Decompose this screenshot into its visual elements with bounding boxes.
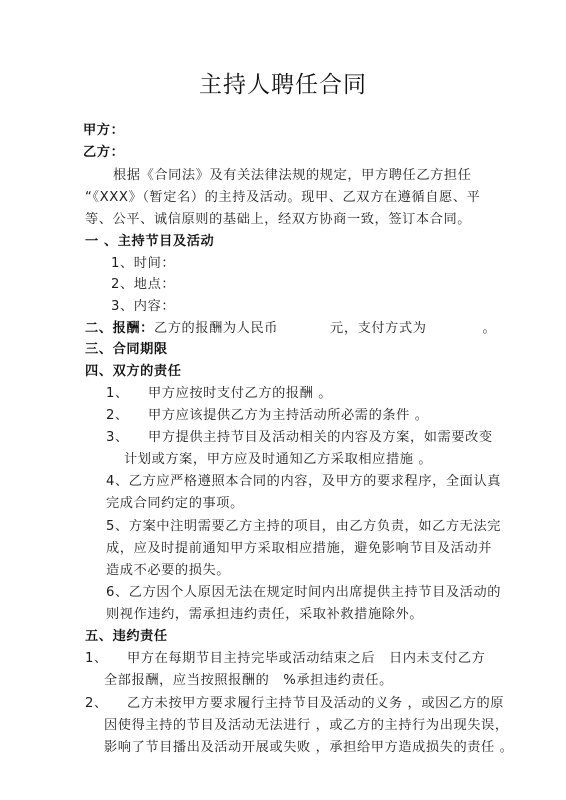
section-2-text-c: 。 [483,321,497,336]
preamble-line-2: “《XXX》（暂定名）的主持及活动。现甲、乙双方在遵循自愿、平 [85,189,480,207]
item-number: 2、 [85,695,127,713]
section-4-item-1: 1、甲方应按时支付乙方的报酬 。 [106,385,332,403]
item-text: 甲方提供主持节目及活动相关的内容及方案，如需要改变 [148,430,493,445]
section-2-text-b: 元，支付方式为 [330,321,427,336]
section-4-para-5-line-2: 成，应及时提前通知甲方采取相应措施，避免影响节目及活动并 [106,540,492,558]
section-4-para-6-line-1: 6、乙方因个人原因无法在规定时间内出席提供主持节目及活动的 [106,584,501,602]
section-1-item-content: 3、内容： [111,298,175,316]
section-4-para-6-line-2: 则视作违约，需承担违约责任，采取补救措施除外。 [106,606,423,624]
section-5-heading: 五、违约责任 [85,628,168,646]
preamble-line-1: 根据《合同法》及有关法律法规的规定，甲方聘任乙方担任 [113,167,471,185]
section-1-item-time: 1、时间： [111,255,175,273]
item-number: 3、 [106,429,148,447]
item-text: 乙方未按甲方要求履行主持节目及活动的义务 ，或因乙方的原 [127,696,504,711]
party-a-label: 甲方： [83,122,124,140]
item-number: 1、 [85,650,127,668]
item-text: 甲方应该提供乙方为主持活动所必需的条件 。 [148,408,429,423]
item-text: 甲方在每期节目主持完毕或活动结束之后 日内未支付乙方 [127,651,485,666]
section-4-para-5-line-3: 造成不必要的损失。 [106,562,230,580]
document-title: 主持人聘任合同 [0,66,566,99]
section-4-para-5-line-1: 5、方案中注明需要乙方主持的项目，由乙方负责，如乙方无法完 [106,518,501,536]
section-4-item-3-cont: 计划或方案，甲方应及时通知乙方采取相应措施 。 [124,451,432,469]
section-5-item-2-cont-1: 因使得主持的节目及活动无法进行 ，或乙方的主持行为出现失误， [104,717,509,735]
section-4-heading: 四、双方的责任 [85,363,182,381]
item-number: 1、 [106,385,148,403]
section-3-heading: 三、合同期限 [85,341,168,359]
contract-page: 主持人聘任合同 甲方： 乙方： 根据《合同法》及有关法律法规的规定，甲方聘任乙方… [0,0,566,800]
section-4-item-3: 3、甲方提供主持节目及活动相关的内容及方案，如需要改变 [106,429,493,447]
preamble-line-3: 等、公平、诚信原则的基础上，经双方协商一致，签订本合同。 [85,211,471,229]
section-2-text-a: 乙方的报酬为人民币 [154,321,278,336]
section-1-item-location: 2、地点： [111,276,175,294]
section-5-item-2-cont-2: 影响了节目播出及活动开展或失败 ，承担给甲方造成损失的责任 。 [104,739,513,757]
section-1-heading: 一 、主持节目及活动 [85,233,214,251]
section-5-item-2: 2、乙方未按甲方要求履行主持节目及活动的义务 ，或因乙方的原 [85,695,504,713]
party-b-label: 乙方： [83,144,124,162]
item-text: 甲方应按时支付乙方的报酬 。 [148,386,332,401]
section-5-item-1-cont: 全部报酬，应当按照报酬的 %承担违约责任。 [104,672,393,690]
section-4-para-4-line-2: 完成合同约定的事项。 [106,495,244,513]
section-4-item-2: 2、甲方应该提供乙方为主持活动所必需的条件 。 [106,407,429,425]
section-2-heading: 二、报酬： [85,321,154,336]
section-2-line: 二、报酬：乙方的报酬为人民币元，支付方式为。 [85,320,496,338]
item-number: 2、 [106,407,148,425]
section-5-item-1: 1、甲方在每期节目主持完毕或活动结束之后 日内未支付乙方 [85,650,485,668]
section-4-para-4-line-1: 4、乙方应严格遵照本合同的内容，及甲方的要求程序，全面认真 [106,473,501,491]
